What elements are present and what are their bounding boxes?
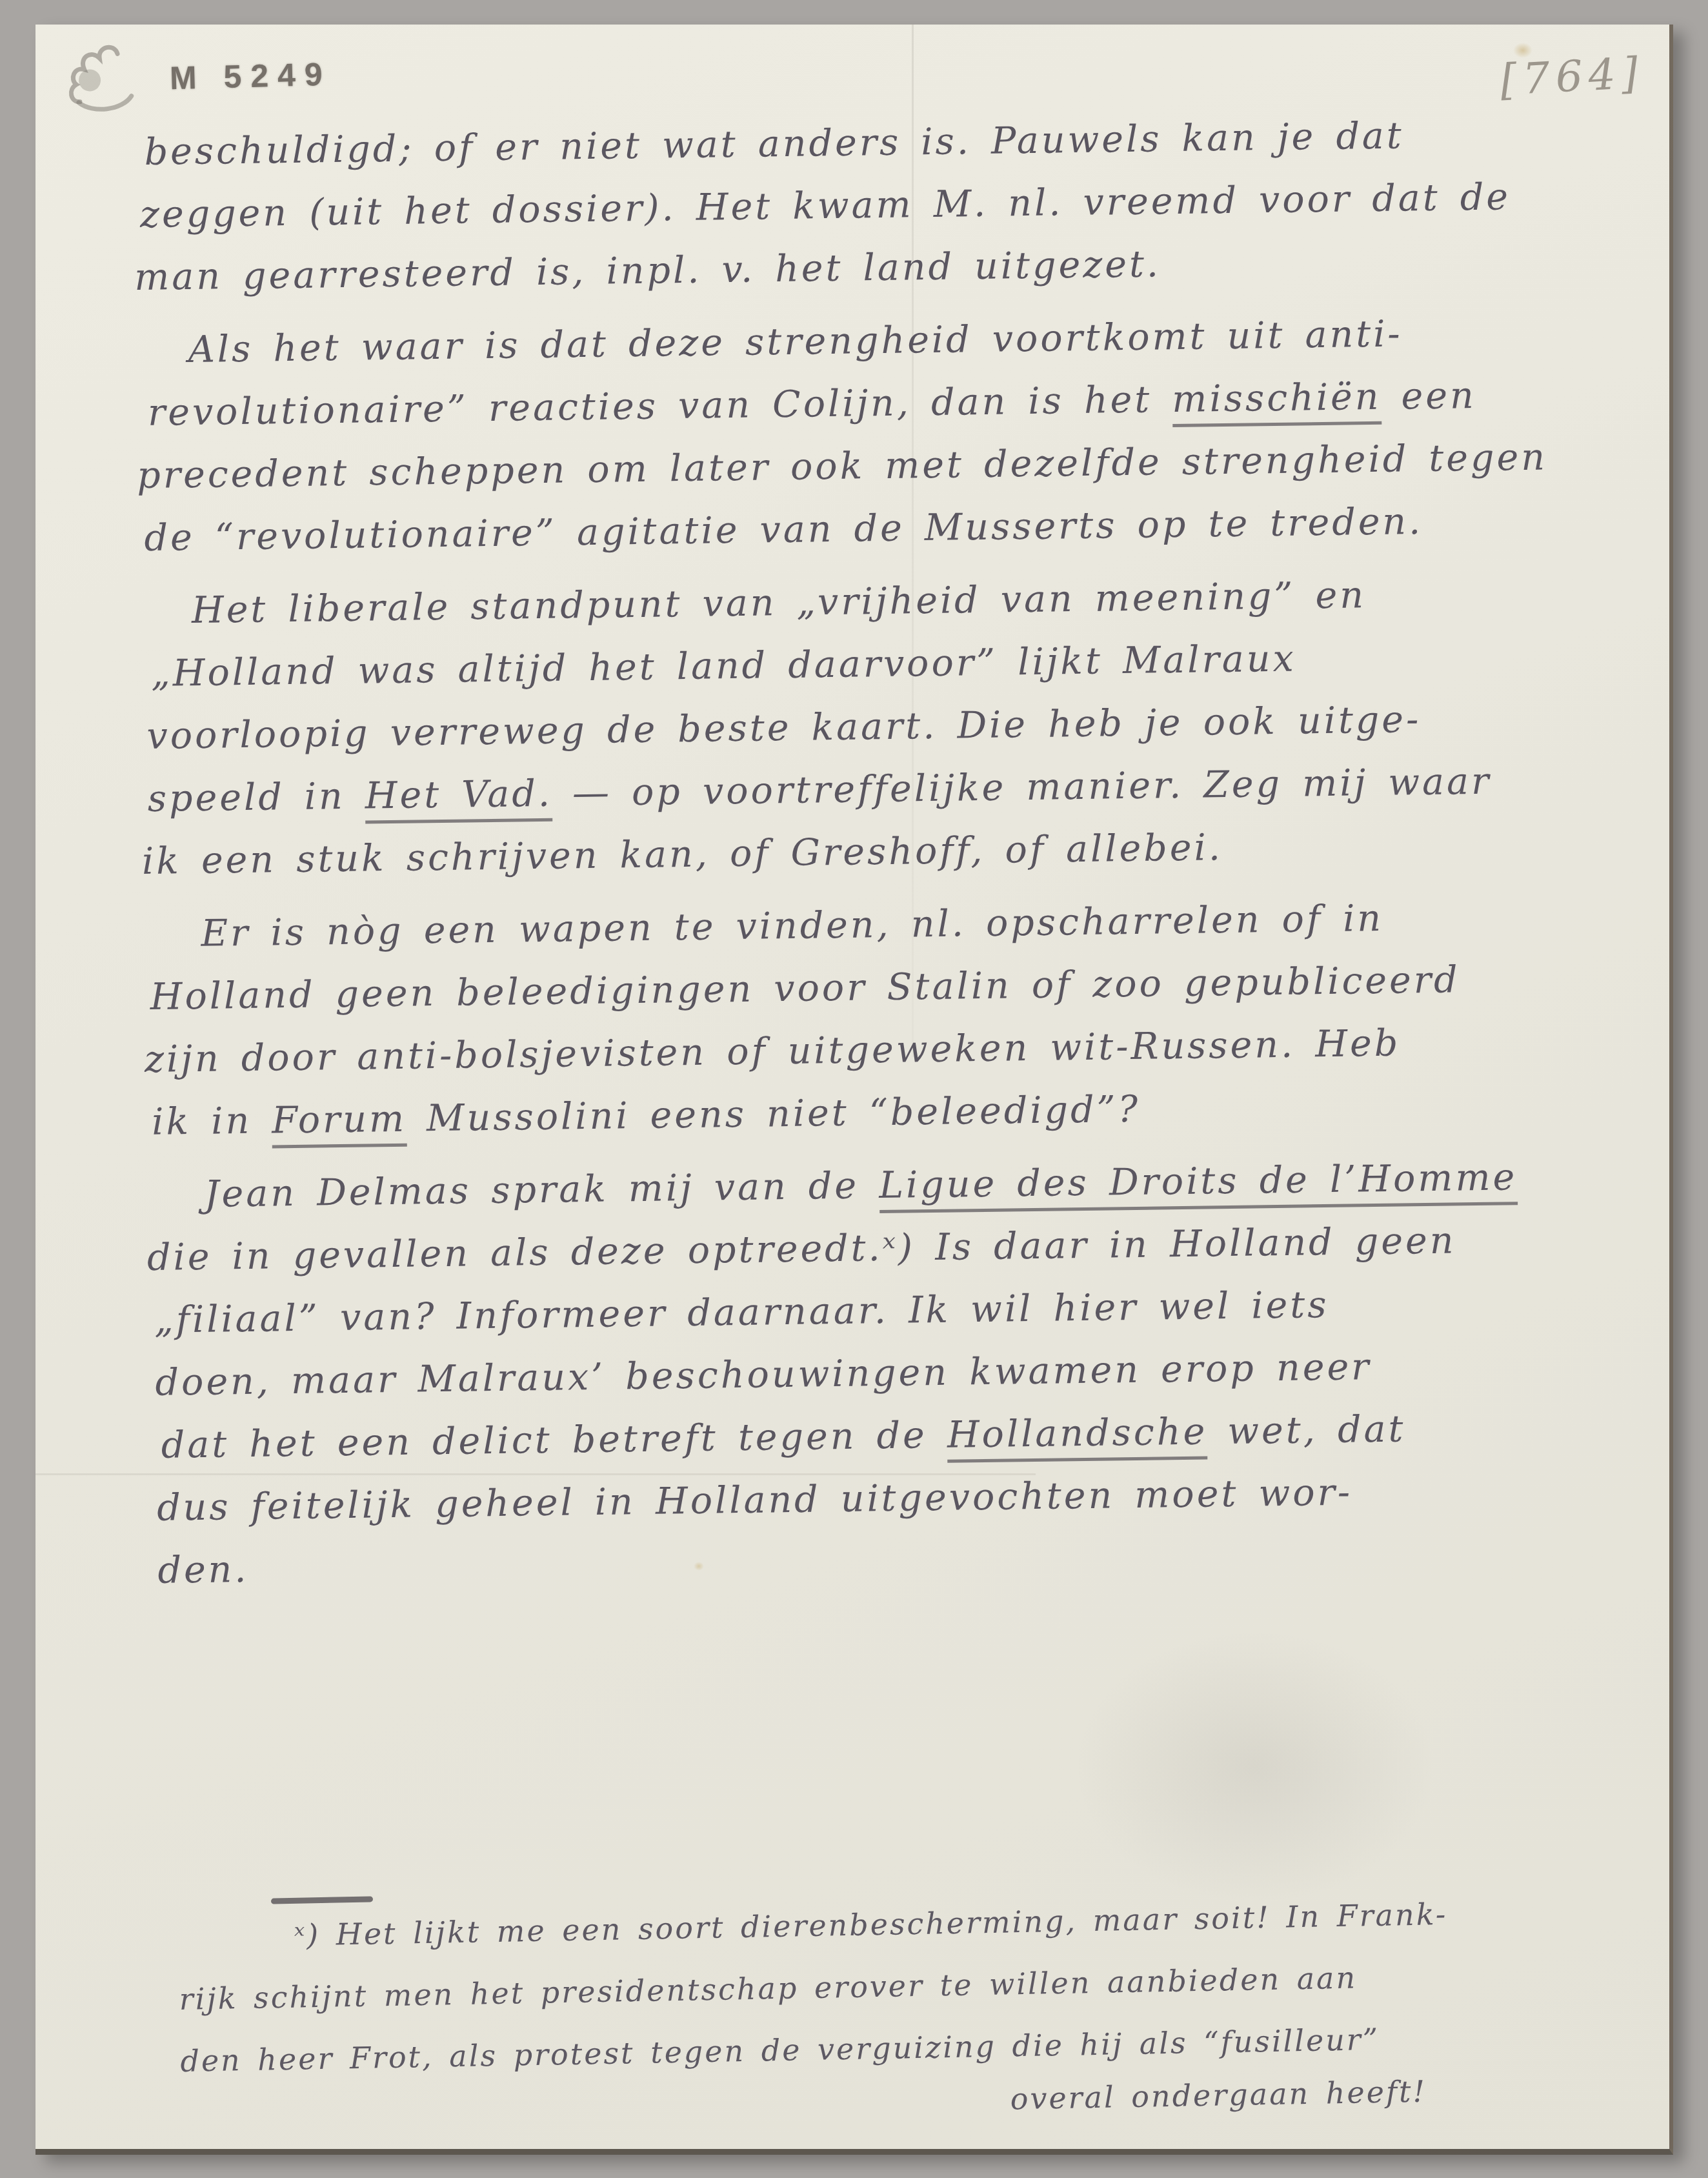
underlined-text: misschiën [1172,376,1381,427]
text-segment: die in gevallen als deze optreedt.ˣ) Is … [147,1219,1456,1279]
text-segment: rijk schijnt men het presidentschap erov… [179,1961,1357,2017]
text-segment: Het liberale standpunt van „vrijheid van… [191,574,1366,632]
text-segment: speeld in [147,775,365,820]
text-segment: doen, maar Malraux’ beschouwingen kwamen… [155,1346,1372,1404]
text-segment: zeggen (uit het dossier). Het kwam M. nl… [139,176,1511,236]
text-segment: overal ondergaan heeft! [1010,2074,1427,2117]
text-segment: dus feitelijk geheel in Holland uitgevoc… [157,1471,1353,1529]
text-segment: revolutionaire” reacties van Colijn, dan… [147,378,1172,434]
text-segment: Er is nòg een wapen te vinden, nl. opsch… [201,897,1383,955]
text-segment: ik in [152,1099,272,1143]
underlined-text: Het Vad. [365,772,552,824]
text-segment: wet, dat [1207,1407,1406,1453]
text-segment: dat het een delict betreft tegen de [161,1414,947,1467]
text-segment: beschuldigd; of er niet wat anders is. P… [144,114,1404,174]
text-segment: de “revolutionaire” agitatie van de Muss… [144,500,1423,560]
archive-stamp: M 5249 [65,34,332,121]
stamp-number: M 5249 [169,55,332,97]
letter-paper: M 5249 [764] beschuldigd; of er niet wat… [35,25,1673,2155]
underlined-text: Forum [272,1098,407,1149]
handwritten-line: overal ondergaan heeft! [1010,2056,1670,2130]
stamp-emblem-icon [65,38,164,121]
text-segment: een [1381,374,1476,418]
text-segment: voorloopig verreweg de beste kaart. Die … [146,698,1422,758]
underlined-text: Ligue des Droits de l’Homme [879,1156,1518,1213]
text-segment: Als het waar is dat deze strengheid voor… [188,312,1403,371]
text-segment: „Holland was altijd het land daarvoor” l… [151,638,1296,695]
page-number-pencil: [764] [1499,48,1645,105]
text-segment: Jean Delmas sprak mij van de [204,1164,879,1216]
text-segment: — op voortreffelijke manier. Zeg mij waa… [552,760,1491,815]
footnote-body: ˣ) Het lijkt me een soort dierenbescherm… [177,1879,1669,2145]
text-segment: den. [157,1548,249,1592]
underlined-text: Hollandsche [947,1410,1207,1462]
text-segment: Holland geen beleedigingen voor Stalin o… [150,958,1460,1018]
text-segment: „filiaal” van? Informeer daarnaar. Ik wi… [154,1284,1329,1342]
scanned-letter-page: { "stamp": { "text": "M 5249" }, "page_n… [0,0,1708,2178]
text-segment: ˣ) Het lijkt me een soort dierenbescherm… [294,1897,1447,1953]
text-segment: precedent scheppen om later ook met deze… [137,436,1548,497]
letter-body: beschuldigd; of er niet wat anders is. P… [139,101,1673,1602]
text-segment: man gearresteerd is, inpl. v. het land u… [134,243,1161,299]
text-segment: ik een stuk schrijven kan, of Greshoff, … [142,826,1223,883]
text-segment: Mussolini eens niet “beleedigd”? [407,1088,1141,1140]
text-segment: zijn door anti-bolsjevisten of uitgeweke… [145,1022,1401,1081]
paper-smudge [1068,1625,1442,1909]
